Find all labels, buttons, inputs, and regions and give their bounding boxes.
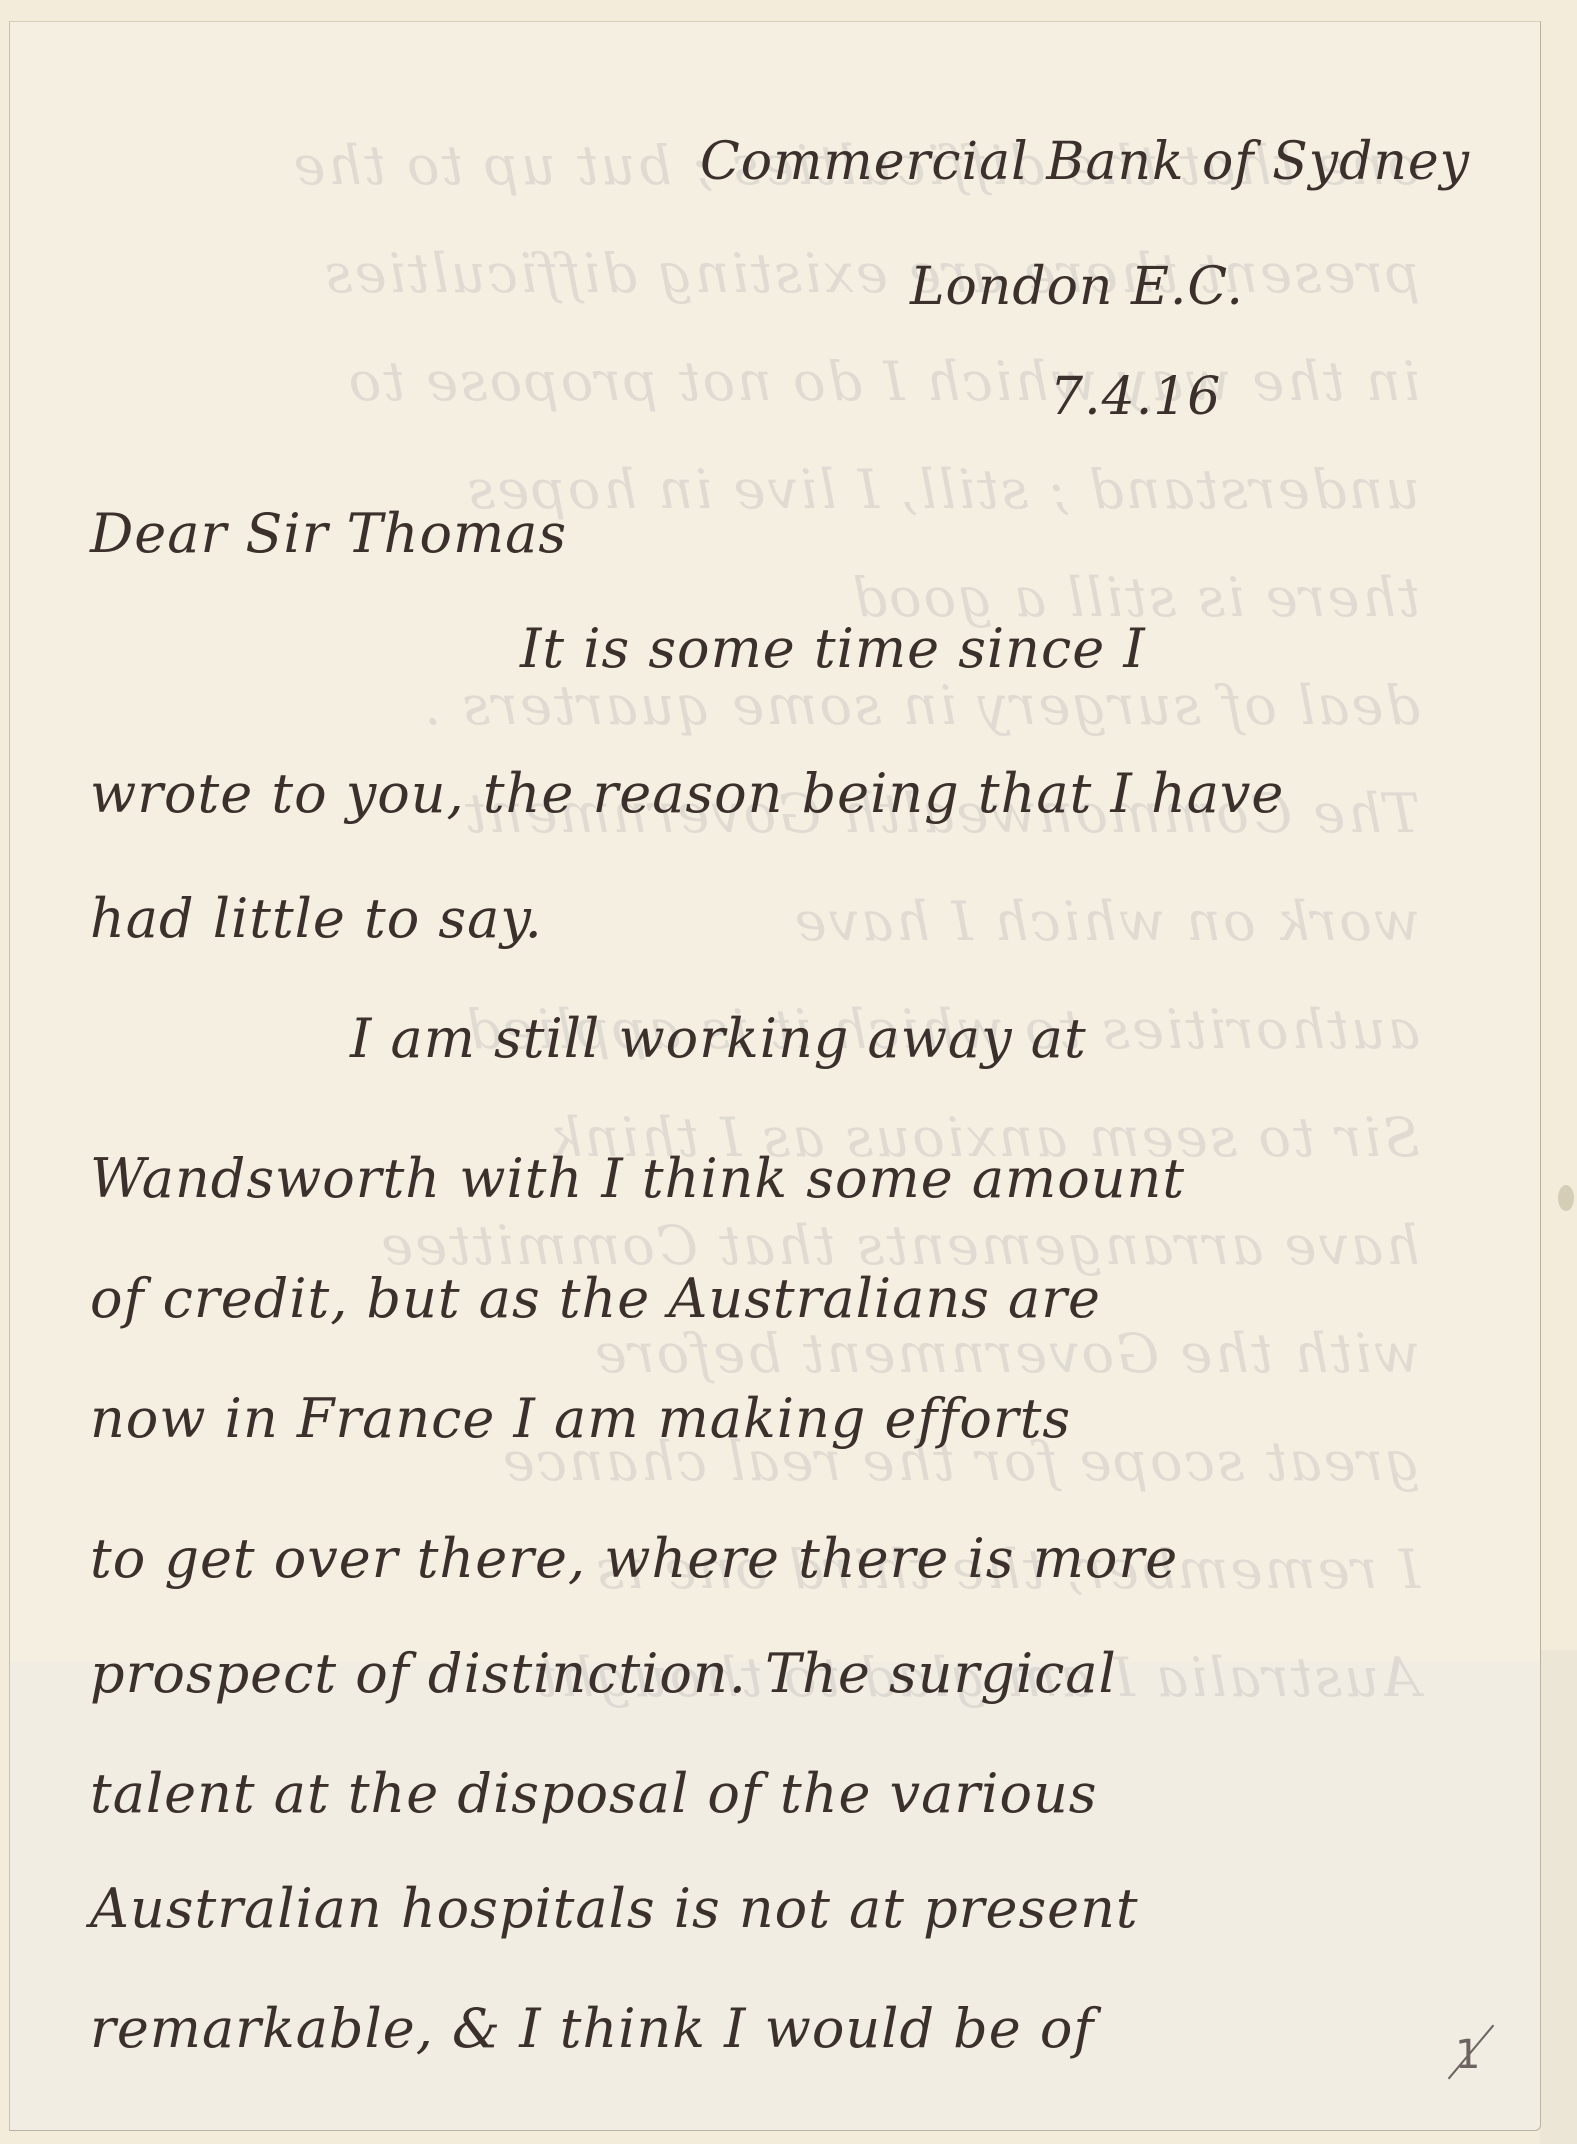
page-number: 1 [1455,2032,1480,2078]
letter-line: Australian hospitals is not at present [90,1877,1139,1940]
letter-line: now in France I am making efforts [90,1387,1071,1450]
letter-sheet: one that the difficulties ; but up to th… [9,21,1541,2131]
letter-line: prospect of distinction. The surgical [90,1642,1117,1705]
letter-line: I am still working away at [350,1007,1087,1070]
letter-line: of credit, but as the Australians are [90,1267,1101,1330]
paper-stain [1558,1185,1574,1211]
letterhead-institution: Commercial Bank of Sydney [700,132,1450,192]
letter-line: to get over there, where there is more [90,1527,1178,1590]
letterhead-location: London E.C. [910,257,1450,317]
letter-line: remarkable, & I think I would be of [90,1997,1094,2060]
letter-line: It is some time since I [520,617,1146,680]
salutation: Dear Sir Thomas [90,502,567,565]
letter-line: wrote to you, the reason being that I ha… [90,762,1284,825]
letter-date: 7.4.16 [1050,367,1450,427]
letter-line: talent at the disposal of the various [90,1762,1097,1825]
letter-line: Wandsworth with I think some amount [90,1147,1185,1210]
letter-line: had little to say. [90,887,543,950]
backing-lower-panel [1540,1650,1577,2144]
